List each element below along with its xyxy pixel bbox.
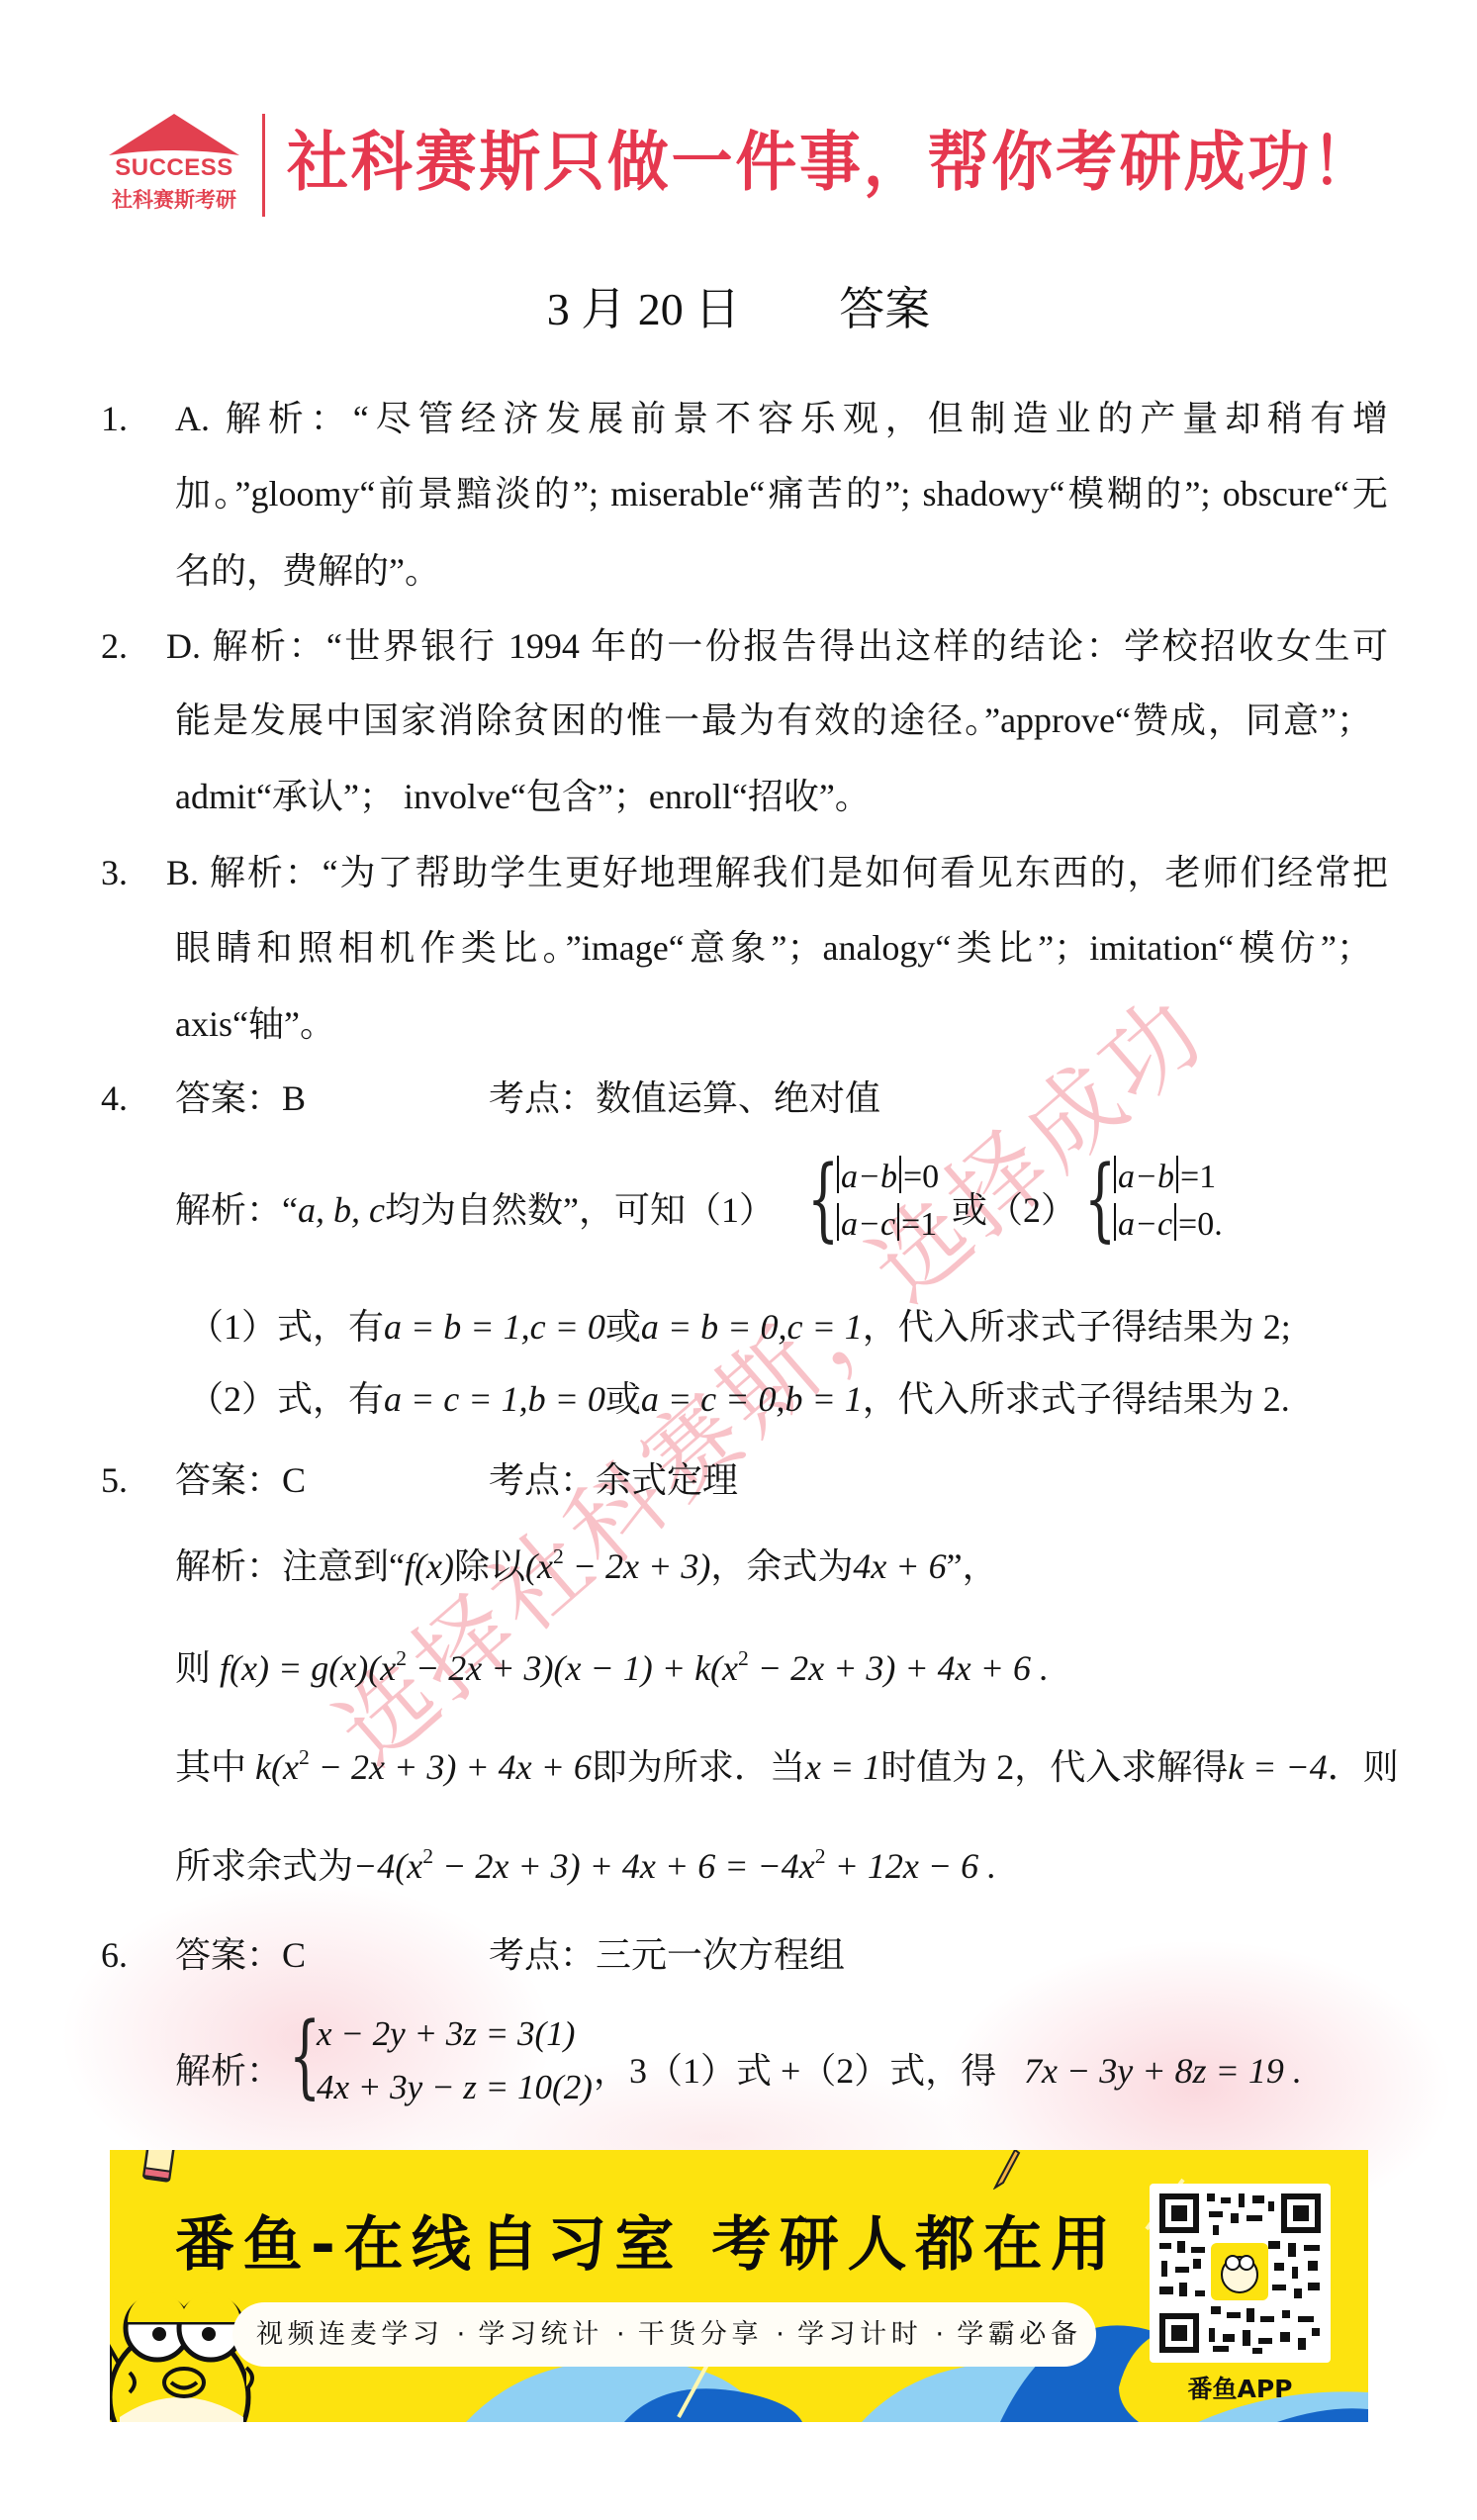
equation-line: 则 f(x) = g(x)(x2 − 2x + 3)(x − 1) + k(x2… xyxy=(175,1645,1049,1691)
equation-system: { x − 2y + 3z = 3(1) 4x + 3y − z = 10(2) xyxy=(289,2012,586,2107)
item-number: 6. xyxy=(101,1932,140,1978)
title-label: 答案 xyxy=(839,282,930,335)
equation-line: 其中 k(x2 − 2x + 3) + 4x + 6即为所求．当x = 1时值为… xyxy=(175,1744,1390,1790)
equation-system-1: { a−b=0 a−c=1 xyxy=(807,1156,956,1251)
item-text-line: 能是发展中国家消除贫困的惟一最为有效的途径。”approve“赞成，同意”； xyxy=(175,698,1372,743)
answer-label: 答案：C xyxy=(175,1932,306,1978)
fish-mascot-icon xyxy=(110,2288,258,2422)
pencil-icon xyxy=(985,2150,1025,2190)
header-divider xyxy=(262,114,265,217)
item-text-line: A. 解析：“尽管经济发展前景不容乐观，但制造业的产量却稍有增 xyxy=(175,396,1388,441)
analysis-line: 解析：注意到“f(x)除以(x2 − 2x + 3)，余式为4x + 6”， xyxy=(175,1543,998,1589)
item-text-line: admit“承认”； involve“包含”；enroll“招收”。 xyxy=(175,774,871,819)
qr-label: 番鱼APP xyxy=(1178,2370,1302,2405)
item-number: 1. xyxy=(101,396,140,441)
qr-code[interactable] xyxy=(1150,2184,1331,2363)
case-2-line: （2）式，有a = c = 1,b = 0或a = c = 0,b = 1，代入… xyxy=(188,1376,1290,1422)
item-text-line: 名的，费解的”。 xyxy=(175,548,440,594)
answer-label: 答案：B xyxy=(175,1075,306,1121)
pencil-icon xyxy=(139,2150,179,2190)
item-number: 2. xyxy=(101,623,140,669)
topic-label: 考点：三元一次方程组 xyxy=(489,1932,845,1978)
feature-list: 视频连麦学习 · 学习统计 · 干货分享 · 学习计时 · 学霸必备 xyxy=(256,2302,1077,2367)
case-1-line: （1）式，有a = b = 1,c = 0或a = b = 0,c = 1，代入… xyxy=(188,1304,1291,1350)
page-title: 3 月 20 日答案 xyxy=(0,281,1477,337)
logo-text-cn: 社科赛斯考研 xyxy=(105,184,243,214)
topic-label: 考点：数值运算、绝对值 xyxy=(489,1075,880,1121)
analysis-line: 解析：“a, b, c均为自然数”，可知（1） xyxy=(175,1187,775,1233)
answer-label: 答案：C xyxy=(175,1457,306,1503)
app-banner[interactable]: 番鱼-在线自习室 考研人都在用 视频连麦学习 · 学习统计 · 干货分享 · 学… xyxy=(110,2150,1368,2422)
item-number: 5. xyxy=(101,1457,140,1503)
analysis-prefix: 解析： xyxy=(175,2048,282,2094)
or-label: 或（2） xyxy=(952,1187,1076,1233)
item-text-line: 加。”gloomy“前景黯淡的”; miserable“痛苦的”; shadow… xyxy=(175,471,1388,516)
item-number: 3. xyxy=(101,850,140,895)
equation-line: 所求余式为−4(x2 − 2x + 3) + 4x + 6 = −4x2 + 1… xyxy=(175,1843,996,1889)
item-number: 4. xyxy=(101,1075,140,1121)
logo-roof-icon xyxy=(107,112,241,159)
logo-text-en: SUCCESS xyxy=(107,154,241,182)
topic-label: 考点：余式定理 xyxy=(489,1457,738,1503)
qr-code-icon xyxy=(1150,2184,1331,2363)
result-equation: 7x − 3y + 8z = 19 . xyxy=(1024,2048,1302,2094)
analysis-suffix: ，3（1）式 +（2）式，得 xyxy=(594,2048,996,2094)
item-text-line: D. 解析：“世界银行 1994 年的一份报告得出这样的结论：学校招收女生可 xyxy=(166,623,1388,669)
item-text-line: B. 解析：“为了帮助学生更好地理解我们是如何看见东西的，老师们经常把 xyxy=(166,850,1388,895)
title-date: 3 月 20 日 xyxy=(547,284,741,334)
equation-system-2: { a−b=1 a−c=0. xyxy=(1084,1156,1233,1251)
variables: a, b, c xyxy=(298,1190,385,1230)
banner-title: 番鱼-在线自习室 考研人都在用 xyxy=(175,2205,1110,2285)
feature-pill: 视频连麦学习 · 学习统计 · 干货分享 · 学习计时 · 学霸必备 xyxy=(232,2302,1096,2367)
header-slogan: 社科赛斯只做一件事，帮你考研成功！ xyxy=(287,121,1373,204)
item-text-line: axis“轴”。 xyxy=(175,1001,335,1047)
item-text-line: 眼睛和照相机作类比。”image“意象”；analogy“类比”；imitati… xyxy=(175,925,1372,971)
